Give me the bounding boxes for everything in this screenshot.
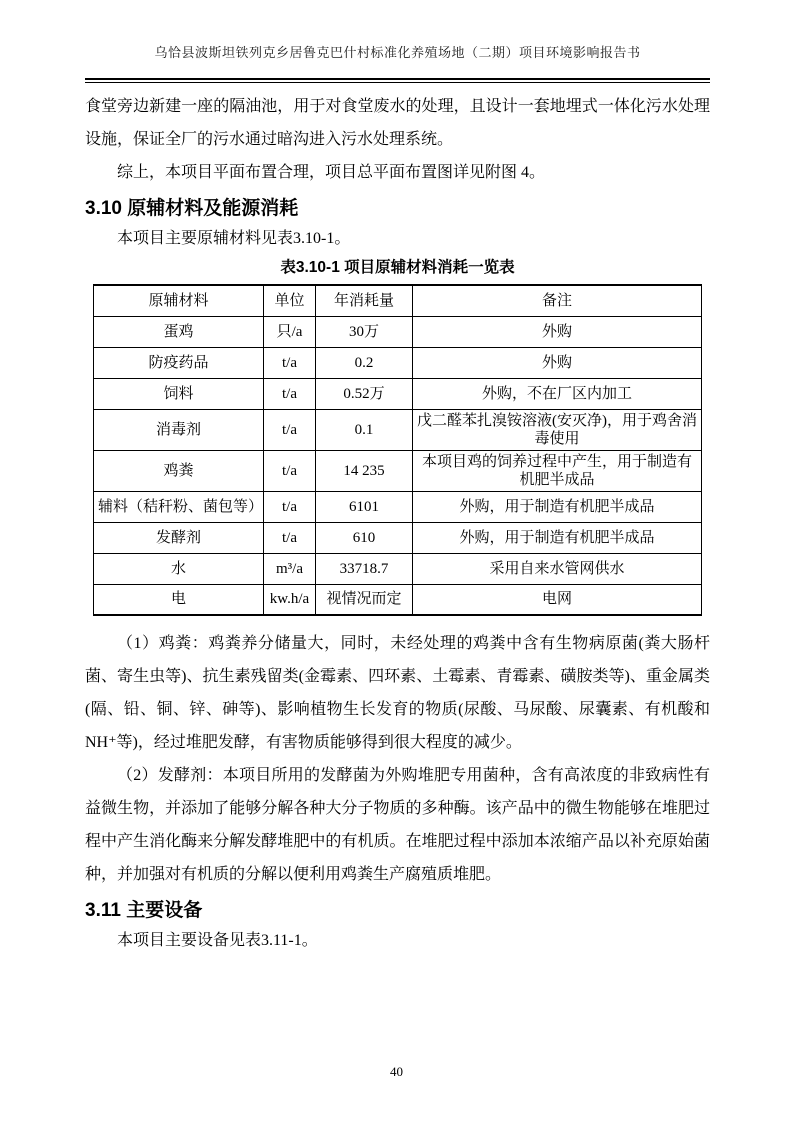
table-row: 蛋鸡只/a30万外购 xyxy=(94,316,702,347)
table-cell: 外购，用于制造有机肥半成品 xyxy=(413,522,702,553)
table-cell: t/a xyxy=(264,522,316,553)
table-cell: 0.1 xyxy=(316,409,413,450)
body-paragraph-continuation: 食堂旁边新建一座的隔油池，用于对食堂废水的处理，且设计一套地埋式一体化污水处理设… xyxy=(85,90,710,156)
table-row: 水m³/a33718.7采用自来水管网供水 xyxy=(94,553,702,584)
table-cell: 视情况而定 xyxy=(316,584,413,615)
table-cell: 电网 xyxy=(413,584,702,615)
materials-table: 原辅材料 单位 年消耗量 备注 蛋鸡只/a30万外购防疫药品t/a0.2外购饲料… xyxy=(93,284,702,616)
table-cell: 0.52万 xyxy=(316,378,413,409)
table-cell: 发酵剂 xyxy=(94,522,264,553)
note-paragraph-1: （1）鸡粪：鸡粪养分储量大，同时，未经处理的鸡粪中含有生物病原菌(粪大肠杆菌、寄… xyxy=(85,627,710,759)
table-cell: 14 235 xyxy=(316,450,413,491)
materials-table-body: 蛋鸡只/a30万外购防疫药品t/a0.2外购饲料t/a0.52万外购，不在厂区内… xyxy=(94,316,702,615)
section-heading-3-11: 3.11 主要设备 xyxy=(85,898,710,924)
table-cell: 消毒剂 xyxy=(94,409,264,450)
table-cell: kw.h/a xyxy=(264,584,316,615)
table-cell: 防疫药品 xyxy=(94,347,264,378)
table-cell: 电 xyxy=(94,584,264,615)
table-cell: t/a xyxy=(264,347,316,378)
table-cell: 外购，不在厂区内加工 xyxy=(413,378,702,409)
table-cell: 鸡粪 xyxy=(94,450,264,491)
table-cell: t/a xyxy=(264,450,316,491)
table-cell: 6101 xyxy=(316,491,413,522)
section-3-11-intro: 本项目主要设备见表3.11-1。 xyxy=(85,924,710,957)
page-number: 40 xyxy=(0,1064,793,1080)
table-cell: 0.2 xyxy=(316,347,413,378)
table-row: 防疫药品t/a0.2外购 xyxy=(94,347,702,378)
column-header-unit: 单位 xyxy=(264,285,316,316)
section-3-10-intro: 本项目主要原辅材料见表3.10-1。 xyxy=(85,222,710,255)
table-row: 辅料（秸秆粉、菌包等）t/a6101外购，用于制造有机肥半成品 xyxy=(94,491,702,522)
column-header-material: 原辅材料 xyxy=(94,285,264,316)
column-header-remark: 备注 xyxy=(413,285,702,316)
table-cell: 水 xyxy=(94,553,264,584)
table-header-row: 原辅材料 单位 年消耗量 备注 xyxy=(94,285,702,316)
table-cell: 采用自来水管网供水 xyxy=(413,553,702,584)
page-header-title: 乌恰县波斯坦铁列克乡居鲁克巴什村标准化养殖场地（二期）项目环境影响报告书 xyxy=(85,44,710,62)
table-cell: 外购 xyxy=(413,347,702,378)
table-caption: 表3.10-1 项目原辅材料消耗一览表 xyxy=(85,257,710,279)
table-row: 发酵剂t/a610外购，用于制造有机肥半成品 xyxy=(94,522,702,553)
table-cell: 蛋鸡 xyxy=(94,316,264,347)
header-divider xyxy=(85,78,710,83)
table-cell: 610 xyxy=(316,522,413,553)
table-cell: 30万 xyxy=(316,316,413,347)
page-content: 乌恰县波斯坦铁列克乡居鲁克巴什村标准化养殖场地（二期）项目环境影响报告书 食堂旁… xyxy=(0,0,793,957)
table-row: 鸡粪t/a14 235本项目鸡的饲养过程中产生，用于制造有机肥半成品 xyxy=(94,450,702,491)
document-page: 乌恰县波斯坦铁列克乡居鲁克巴什村标准化养殖场地（二期）项目环境影响报告书 食堂旁… xyxy=(0,0,793,1122)
table-cell: 33718.7 xyxy=(316,553,413,584)
table-row: 消毒剂t/a0.1戊二醛苯扎溴铵溶液(安灭净)，用于鸡舍消毒使用 xyxy=(94,409,702,450)
table-row: 饲料t/a0.52万外购，不在厂区内加工 xyxy=(94,378,702,409)
body-paragraph-summary: 综上，本项目平面布置合理，项目总平面布置图详见附图 4。 xyxy=(85,156,710,189)
table-cell: t/a xyxy=(264,409,316,450)
table-cell: m³/a xyxy=(264,553,316,584)
table-cell: 辅料（秸秆粉、菌包等） xyxy=(94,491,264,522)
table-cell: t/a xyxy=(264,378,316,409)
table-cell: t/a xyxy=(264,491,316,522)
table-cell: 外购，用于制造有机肥半成品 xyxy=(413,491,702,522)
note-paragraph-2: （2）发酵剂：本项目所用的发酵菌为外购堆肥专用菌种，含有高浓度的非致病性有益微生… xyxy=(85,759,710,891)
table-row: 电kw.h/a视情况而定电网 xyxy=(94,584,702,615)
table-cell: 只/a xyxy=(264,316,316,347)
notes-block: （1）鸡粪：鸡粪养分储量大，同时，未经处理的鸡粪中含有生物病原菌(粪大肠杆菌、寄… xyxy=(85,627,710,891)
table-cell: 本项目鸡的饲养过程中产生，用于制造有机肥半成品 xyxy=(413,450,702,491)
section-heading-3-10: 3.10 原辅材料及能源消耗 xyxy=(85,196,710,222)
table-cell: 戊二醛苯扎溴铵溶液(安灭净)，用于鸡舍消毒使用 xyxy=(413,409,702,450)
table-cell: 外购 xyxy=(413,316,702,347)
table-cell: 饲料 xyxy=(94,378,264,409)
column-header-annual-consumption: 年消耗量 xyxy=(316,285,413,316)
